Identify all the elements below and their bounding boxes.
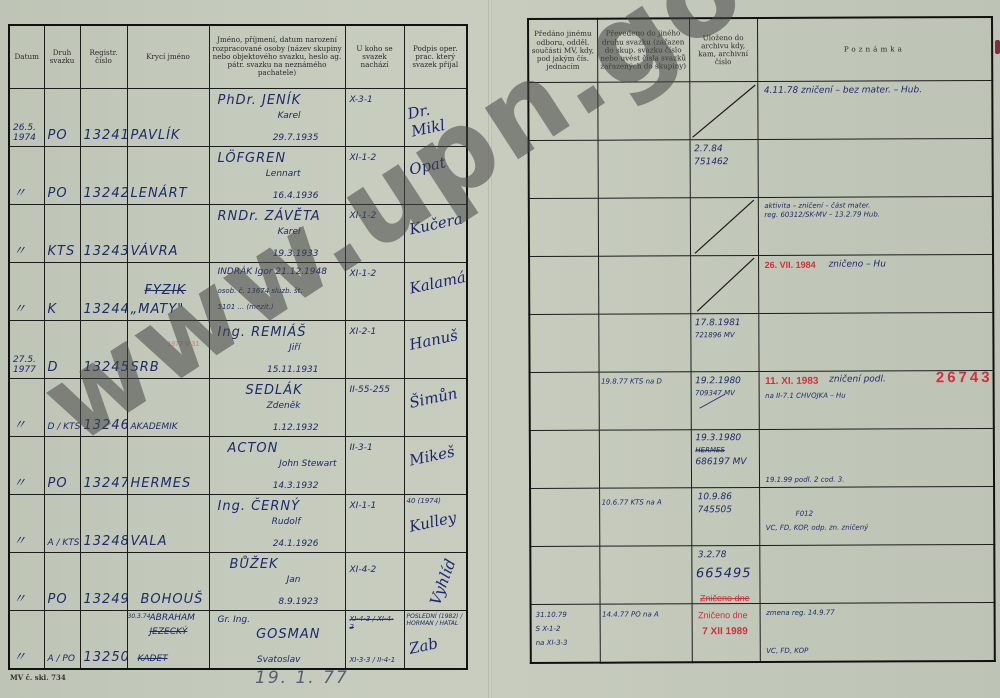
- table-row: 〃 A / PO 13250 30.3.74 ABRAHAM JEZECKÝ K…: [9, 611, 467, 670]
- reg-value: 13248: [84, 534, 128, 549]
- cell-note: [758, 138, 993, 197]
- archived-date: 3.2.78: [698, 550, 727, 560]
- table-row: 10.6.77 KTS na A 10.9.86 745505 F012 VC,…: [530, 486, 994, 546]
- cell-location: XI-4-2: [345, 553, 404, 611]
- cell-type: A / PO: [44, 611, 80, 670]
- location-value: XI-1-1: [350, 501, 377, 511]
- location-value: XI-1-2: [350, 211, 377, 221]
- header-jmeno-osoby: Jméno, příjmení, datum narození rozpraco…: [209, 25, 345, 89]
- archived-number: 751462: [694, 157, 728, 167]
- archived-number: 686197 MV: [695, 457, 746, 467]
- type-value: D: [48, 360, 59, 375]
- cell-archived: 3.2.78 665495 Zničeno dne: [691, 545, 759, 603]
- header-datum: Datum: [9, 25, 44, 89]
- cell-date: 〃: [9, 553, 44, 611]
- cell-archived: Zničeno dne 7 XII 1989: [692, 603, 760, 662]
- table-row: 19.3.1980 HERMES 686197 MV 19.1.99 podl.…: [530, 428, 994, 488]
- archived-date: 10.9.86: [698, 492, 732, 502]
- table-row: 〃 PO 13249 BOHOUŠ BŮŽEK Jan 8.9.1923 XI-…: [9, 553, 467, 611]
- cover-value: SRB: [131, 360, 160, 375]
- cell-name: PhDr. JENÍK Karel 29.7.1935: [209, 89, 345, 147]
- cell-date: 〃: [9, 495, 44, 553]
- cell-date: 〃: [9, 147, 44, 205]
- reg-value: 13246: [84, 418, 128, 433]
- cell-name: LÖFGREN Lennart 16.4.1936: [209, 147, 345, 205]
- cell-date: 〃: [9, 379, 44, 437]
- table-row: 〃 D / KTS 13246 AKADEMIK SEDLÁK Zdeněk 1…: [9, 379, 467, 437]
- name-line-1: Gr. Ing.: [218, 615, 251, 625]
- cell-note: [758, 312, 993, 371]
- cell-signature: Mikeš: [404, 437, 467, 495]
- cell-signature: Vyhlíd: [404, 553, 467, 611]
- footer-handwritten-date: 19. 1. 77: [255, 668, 349, 688]
- cell-name: ACTON John Stewart 14.3.1932: [209, 437, 345, 495]
- cell-date: 27.5. 1977: [9, 321, 44, 379]
- left-ledger-table: Datum Druh svazku Registr. číslo Krycí j…: [8, 24, 468, 670]
- cell-handed: [529, 314, 598, 372]
- note-text: 4.11.78 zničení – bez mater. – Hub.: [764, 85, 922, 96]
- type-value: PO: [48, 476, 68, 491]
- header-poznamka: Poznámka: [757, 17, 992, 82]
- cover-struck-value-2: KADET: [138, 654, 168, 664]
- cover-value: VALA: [131, 534, 168, 549]
- cell-name: Ing. ČERNÝ Rudolf 24.1.1926: [209, 495, 345, 553]
- table-row: 〃 K 13244 FYZIK „MATY" INDRÁK Igor 21.12…: [9, 263, 467, 321]
- cell-reg: 13245: [80, 321, 127, 379]
- table-row: 31.10.79 S X-1-2 na XI-3-3 14.4.77 PO na…: [531, 602, 995, 663]
- cell-handed: [530, 546, 599, 604]
- table-row: 〃 KTS 13243 VÁVRA RNDr. ZÁVĚTA Karel 19.…: [9, 205, 467, 263]
- cell-type: KTS: [44, 205, 80, 263]
- book-gutter: [488, 0, 492, 698]
- note-text: zničení podl.: [829, 374, 886, 384]
- note-text-2: VC, FD, KOP, odp. zn. zničený: [766, 524, 869, 532]
- archived-date: 2.7.84: [694, 144, 723, 154]
- edge-tab-mark: [995, 40, 1000, 54]
- cell-note: 11. XI. 1983 zničení podl. na II-7.1 CHV…: [759, 370, 994, 429]
- cell-location: X-3-1: [345, 89, 404, 147]
- location-value: XI-1-2: [350, 269, 377, 279]
- reg-value: 13250: [84, 650, 128, 665]
- name-line-2: Lennart: [266, 169, 301, 179]
- signature-note: POSLEDNÍ (1982) / HORMAN / HATAL: [407, 613, 465, 627]
- cell-note: 4.11.78 zničení – bez mater. – Hub.: [757, 80, 992, 139]
- table-row: 〃 A / KTS 13248 VALA Ing. ČERNÝ Rudolf 2…: [9, 495, 467, 553]
- diagonal-strike: [691, 372, 758, 429]
- reg-value: 13242: [84, 186, 128, 201]
- stamp-number: 26743: [936, 370, 993, 386]
- archived-date: 19.3.1980: [695, 433, 741, 443]
- form-code: MV č. skl. 734: [10, 673, 66, 682]
- name-line-2: Karel: [278, 227, 301, 237]
- date-value: 〃: [13, 476, 27, 491]
- destroyed-stamp-date: 7 XII 1989: [702, 626, 748, 637]
- location-value: II-55-255: [350, 385, 390, 395]
- location-value: XI-3-3 / II-4-1: [350, 656, 398, 664]
- cell-cover: LENÁRT: [127, 147, 209, 205]
- name-line-3: 5101 ... (mezit.): [218, 303, 274, 311]
- cell-signature: Kučera: [404, 205, 467, 263]
- archived-number: 665495: [696, 566, 752, 581]
- cell-type: PO: [44, 147, 80, 205]
- cell-location: XI-1-2: [345, 147, 404, 205]
- diagonal-strike: [690, 82, 757, 139]
- cell-reg: 13244: [80, 263, 127, 321]
- cover-value: VÁVRA: [131, 244, 179, 259]
- cell-location: XI-1-2: [345, 205, 404, 263]
- name-line-2: Zdeněk: [267, 401, 301, 411]
- cell-converted: 14.4.77 PO na A: [600, 604, 692, 663]
- date-value: 〃: [13, 186, 27, 201]
- cell-name: Ing. REMIÁŠ Jiří 15.11.1931: [209, 321, 345, 379]
- location-value: X-3-1: [350, 95, 373, 105]
- signature: Dr. Mikl: [405, 93, 467, 140]
- cell-type: PO: [44, 553, 80, 611]
- table-row: 3.2.78 665495 Zničeno dne: [530, 544, 994, 604]
- header-row: Datum Druh svazku Registr. číslo Krycí j…: [9, 25, 467, 89]
- header-u-koho: U koho se svazek nachází: [345, 25, 404, 89]
- diagonal-strike: [691, 256, 758, 313]
- table-row: 4.11.78 zničení – bez mater. – Hub.: [528, 80, 992, 140]
- cell-archived: 17.8.1981 721896 MV: [690, 313, 758, 371]
- signature: Šimůn: [407, 384, 458, 412]
- cell-name: SEDLÁK Zdeněk 1.12.1932: [209, 379, 345, 437]
- date-value: 〃: [13, 302, 27, 317]
- location-struck-value: XI-4-3 / XI-4-2: [350, 615, 398, 631]
- cell-name: RNDr. ZÁVĚTA Karel 19.3.1933: [209, 205, 345, 263]
- name-line-3: 14.3.1932: [273, 481, 319, 491]
- note-text: 19.1.99 podl. 2 cod. 3.: [766, 476, 845, 484]
- cell-type: K: [44, 263, 80, 321]
- signature: Kučera: [407, 210, 464, 239]
- cell-date: 〃: [9, 437, 44, 495]
- cover-struck-value: FYZIK: [145, 283, 207, 298]
- name-line-2: Jan: [287, 575, 301, 585]
- name-line-1: Ing. REMIÁŠ: [218, 325, 307, 340]
- cell-type: A / KTS: [44, 495, 80, 553]
- signature: Zab: [407, 634, 439, 658]
- date-value: 〃: [13, 244, 27, 259]
- cell-handed: [529, 198, 598, 256]
- location-value: XI-1-2: [350, 153, 377, 163]
- signature: Mikeš: [407, 442, 456, 469]
- name-line-1: INDRÁK Igor 21.12.1948: [218, 267, 327, 277]
- cell-note: aktivita – zničení – část mater. reg. 60…: [758, 196, 993, 255]
- date-stamp: 11. XI. 1983: [765, 376, 818, 387]
- converted-value: 14.4.77 PO na A: [602, 610, 659, 618]
- note-text: zmena reg. 14.9.77: [766, 609, 835, 617]
- diagonal-strike: [690, 198, 757, 255]
- signature-note: 40 (1974): [407, 497, 441, 505]
- cell-archived: [689, 81, 757, 139]
- destroyed-stamp: Zničeno dne: [698, 610, 748, 620]
- note-text-2: na II-7.1 CHVOJKA – Hu: [765, 392, 846, 400]
- cell-location: XI-4-3 / XI-4-2 XI-3-3 / II-4-1: [345, 611, 404, 670]
- type-value: PO: [48, 186, 68, 201]
- cover-value: ABRAHAM: [150, 613, 195, 623]
- note-text: F012: [796, 510, 813, 518]
- cell-signature: POSLEDNÍ (1982) / HORMAN / HATAL Zab: [404, 611, 467, 670]
- cell-converted: [599, 430, 691, 488]
- name-line-3: Svatoslav: [257, 655, 301, 665]
- cell-converted: [599, 546, 691, 604]
- table-row: 〃 PO 13247 HERMES ACTON John Stewart 14.…: [9, 437, 467, 495]
- note-text-2: VC, FD, KOP: [766, 647, 808, 655]
- cell-converted: [598, 256, 690, 314]
- handed-date: 31.10.79: [536, 611, 567, 619]
- header-podpis: Podpis oper. prac. který svazek přijal: [404, 25, 467, 89]
- table-row: 26. VII. 1984 zničeno – Hu: [529, 254, 993, 314]
- name-line-3: 29.7.1935: [273, 133, 319, 143]
- cell-reg: 13243: [80, 205, 127, 263]
- table-row: 17.8.1981 721896 MV: [529, 312, 993, 372]
- converted-value: 10.6.77 KTS na A: [602, 498, 662, 506]
- cell-cover: VÁVRA: [127, 205, 209, 263]
- name-line-2: osob. č. 13674 sluzb. št.: [218, 287, 303, 295]
- cell-converted: [597, 82, 689, 140]
- cell-location: II-55-255: [345, 379, 404, 437]
- faint-date-stamp: 1977 V 31: [168, 341, 200, 348]
- date-value: 〃: [13, 650, 27, 665]
- cell-reg: 13241: [80, 89, 127, 147]
- table-row: 2.7.84 751462: [529, 138, 993, 198]
- date-value: 26.5. 1974: [13, 123, 41, 143]
- name-line-1: LÖFGREN: [218, 151, 287, 166]
- table-row: 〃 PO 13242 LENÁRT LÖFGREN Lennart 16.4.1…: [9, 147, 467, 205]
- note-text: zničeno – Hu: [829, 259, 886, 269]
- cell-cover: HERMES: [127, 437, 209, 495]
- cell-cover: PAVLÍK: [127, 89, 209, 147]
- cell-type: D: [44, 321, 80, 379]
- cell-note: [759, 544, 994, 603]
- reg-value: 13247: [84, 476, 128, 491]
- cell-handed: [529, 256, 598, 314]
- header-row: Předáno jinému odboru, odděl. součásti M…: [528, 17, 992, 83]
- signature: Kulley: [407, 508, 457, 535]
- table-row: 27.5. 1977 D 13245 1977 V 31 SRB Ing. RE…: [9, 321, 467, 379]
- location-value: XI-2-1: [350, 327, 377, 337]
- cell-location: XI-1-1: [345, 495, 404, 553]
- cell-reg: 13247: [80, 437, 127, 495]
- reg-value: 13243: [84, 244, 128, 259]
- cell-reg: 13248: [80, 495, 127, 553]
- location-value: XI-4-2: [350, 565, 377, 575]
- cell-location: XI-2-1: [345, 321, 404, 379]
- cell-cover: FYZIK „MATY": [127, 263, 209, 321]
- archived-struck-value: HERMES: [695, 446, 725, 454]
- name-line-3: 8.9.1923: [278, 597, 318, 607]
- cell-type: PO: [44, 89, 80, 147]
- cell-name: INDRÁK Igor 21.12.1948 osob. č. 13674 sl…: [209, 263, 345, 321]
- table-row: 19.8.77 KTS na D 19.2.1980 709347 MV 11.…: [530, 370, 994, 430]
- reg-value: 13244: [84, 302, 128, 317]
- note-text-2: reg. 60312/SK-MV – 13.2.79 Hub.: [764, 210, 880, 219]
- type-value: A / KTS: [48, 538, 80, 548]
- cell-archived: 2.7.84 751462: [690, 139, 758, 197]
- date-value: 〃: [13, 592, 27, 607]
- cover-value: AKADEMIK: [131, 422, 178, 432]
- table-row: aktivita – zničení – část mater. reg. 60…: [529, 196, 993, 256]
- name-line-1: ACTON: [228, 441, 279, 456]
- cell-handed: 31.10.79 S X-1-2 na XI-3-3: [531, 604, 600, 663]
- cell-cover: 1977 V 31 SRB: [127, 321, 209, 379]
- cell-cover: AKADEMIK: [127, 379, 209, 437]
- cell-type: PO: [44, 437, 80, 495]
- reg-value: 13241: [84, 128, 128, 143]
- archived-date: 17.8.1981: [695, 318, 741, 328]
- name-line-2: Jiří: [289, 343, 300, 353]
- cell-archived: 19.3.1980 HERMES 686197 MV: [691, 429, 759, 487]
- cover-struck-value: JEZECKÝ: [150, 627, 188, 637]
- right-ledger-table: Předáno jinému odboru, odděl. součásti M…: [527, 16, 996, 664]
- date-stamp: 26. VII. 1984: [765, 260, 816, 270]
- header-druh-svazku: Druh svazku: [44, 25, 80, 89]
- cell-handed: [530, 488, 599, 546]
- cell-converted: 10.6.77 KTS na A: [599, 488, 691, 546]
- reg-value: 13245: [84, 360, 128, 375]
- cell-reg: 13250: [80, 611, 127, 670]
- cell-note: zmena reg. 14.9.77 VC, FD, KOP: [760, 602, 995, 662]
- cell-handed: [530, 430, 599, 488]
- name-line-2: John Stewart: [279, 459, 336, 469]
- name-line-1: RNDr. ZÁVĚTA: [218, 209, 321, 224]
- cell-note: 26. VII. 1984 zničeno – Hu: [758, 254, 993, 313]
- cell-date: 26.5. 1974: [9, 89, 44, 147]
- header-prevedeno: Převedeno do jiného druhu svazku (zařaze…: [597, 18, 689, 82]
- cell-converted: [598, 198, 690, 256]
- cell-signature: Kalamár: [404, 263, 467, 321]
- name-line-3: 19.3.1933: [273, 249, 319, 259]
- signature: Vyhlíd: [426, 557, 459, 608]
- note-text: aktivita – zničení – část mater.: [764, 202, 870, 210]
- name-line-2: Rudolf: [272, 517, 301, 527]
- name-line-1: SEDLÁK: [246, 383, 303, 398]
- cell-reg: 13246: [80, 379, 127, 437]
- cell-signature: Dr. Mikl: [404, 89, 467, 147]
- date-value: 27.5. 1977: [13, 355, 41, 375]
- name-line-3: 1.12.1932: [273, 423, 319, 433]
- name-line-2: Karel: [278, 111, 301, 121]
- header-registr-cislo: Registr. číslo: [80, 25, 127, 89]
- header-kryci-jmeno: Krycí jméno: [127, 25, 209, 89]
- type-value: K: [48, 302, 58, 317]
- cell-archived: 19.2.1980 709347 MV: [691, 371, 759, 429]
- name-line-3: 24.1.1926: [273, 539, 319, 549]
- location-value: II-3-1: [350, 443, 373, 453]
- cell-signature: Hanuš: [404, 321, 467, 379]
- type-value: KTS: [48, 244, 76, 259]
- name-line-1: Ing. ČERNÝ: [218, 499, 301, 514]
- signature: Opat: [407, 153, 447, 178]
- type-value: D / KTS: [48, 422, 81, 432]
- cell-signature: 40 (1974) Kulley: [404, 495, 467, 553]
- cell-cover: BOHOUŠ: [127, 553, 209, 611]
- date-value: 〃: [13, 418, 27, 433]
- handed-location: S X-1-2: [536, 625, 561, 633]
- name-line-3: 15.11.1931: [267, 365, 319, 375]
- name-line-2: GOSMAN: [256, 627, 320, 642]
- cell-handed: [528, 82, 597, 140]
- cell-archived: [690, 255, 758, 313]
- signature: Hanuš: [407, 326, 459, 354]
- cell-archived: [690, 197, 758, 255]
- cell-location: XI-1-2: [345, 263, 404, 321]
- cover-note: 30.3.74: [128, 613, 151, 620]
- archived-number: 745505: [698, 505, 732, 515]
- header-predano: Předáno jinému odboru, odděl. součásti M…: [528, 19, 597, 83]
- cell-handed: [529, 140, 598, 198]
- cell-reg: 13249: [80, 553, 127, 611]
- cell-type: D / KTS: [44, 379, 80, 437]
- type-value: PO: [48, 128, 68, 143]
- cell-archived: 10.9.86 745505: [691, 487, 759, 545]
- cover-value: „MATY": [131, 302, 185, 317]
- date-value: 〃: [13, 534, 27, 549]
- name-line-3: 16.4.1936: [273, 191, 319, 201]
- type-value: A / PO: [48, 654, 75, 664]
- cell-date: 〃: [9, 205, 44, 263]
- handed-location-2: na XI-3-3: [536, 639, 568, 647]
- cover-value: HERMES: [131, 476, 192, 491]
- cell-cover: 30.3.74 ABRAHAM JEZECKÝ KADET: [127, 611, 209, 670]
- reg-value: 13249: [84, 592, 128, 607]
- cell-converted: 19.8.77 KTS na D: [599, 372, 691, 430]
- cell-reg: 13242: [80, 147, 127, 205]
- cover-value: PAVLÍK: [131, 128, 181, 143]
- cell-date: 〃: [9, 611, 44, 670]
- cell-converted: [598, 140, 690, 198]
- header-ulozeno: Uloženo do archivu kdy, kam, archivní čí…: [689, 18, 757, 82]
- cell-name: Gr. Ing. GOSMAN Svatoslav: [209, 611, 345, 670]
- cover-value: LENÁRT: [131, 186, 188, 201]
- destroyed-stamp-struck: Zničeno dne: [700, 593, 750, 603]
- cell-signature: Opat: [404, 147, 467, 205]
- cell-signature: Šimůn: [404, 379, 467, 437]
- cell-name: BŮŽEK Jan 8.9.1923: [209, 553, 345, 611]
- cell-converted: [598, 314, 690, 372]
- cell-handed: [530, 372, 599, 430]
- type-value: PO: [48, 592, 68, 607]
- cell-note: F012 VC, FD, KOP, odp. zn. zničený: [759, 486, 994, 545]
- cell-location: II-3-1: [345, 437, 404, 495]
- converted-value: 19.8.77 KTS na D: [601, 377, 662, 385]
- signature: Kalamár: [407, 267, 467, 298]
- cell-date: 〃: [9, 263, 44, 321]
- cover-value: BOHOUŠ: [141, 592, 204, 607]
- cell-note: 19.1.99 podl. 2 cod. 3.: [759, 428, 994, 487]
- cell-cover: VALA: [127, 495, 209, 553]
- archived-number: 721896 MV: [695, 331, 735, 339]
- table-row: 26.5. 1974 PO 13241 PAVLÍK PhDr. JENÍK K…: [9, 89, 467, 147]
- name-line-1: PhDr. JENÍK: [218, 93, 302, 108]
- name-line-1: BŮŽEK: [230, 557, 279, 572]
